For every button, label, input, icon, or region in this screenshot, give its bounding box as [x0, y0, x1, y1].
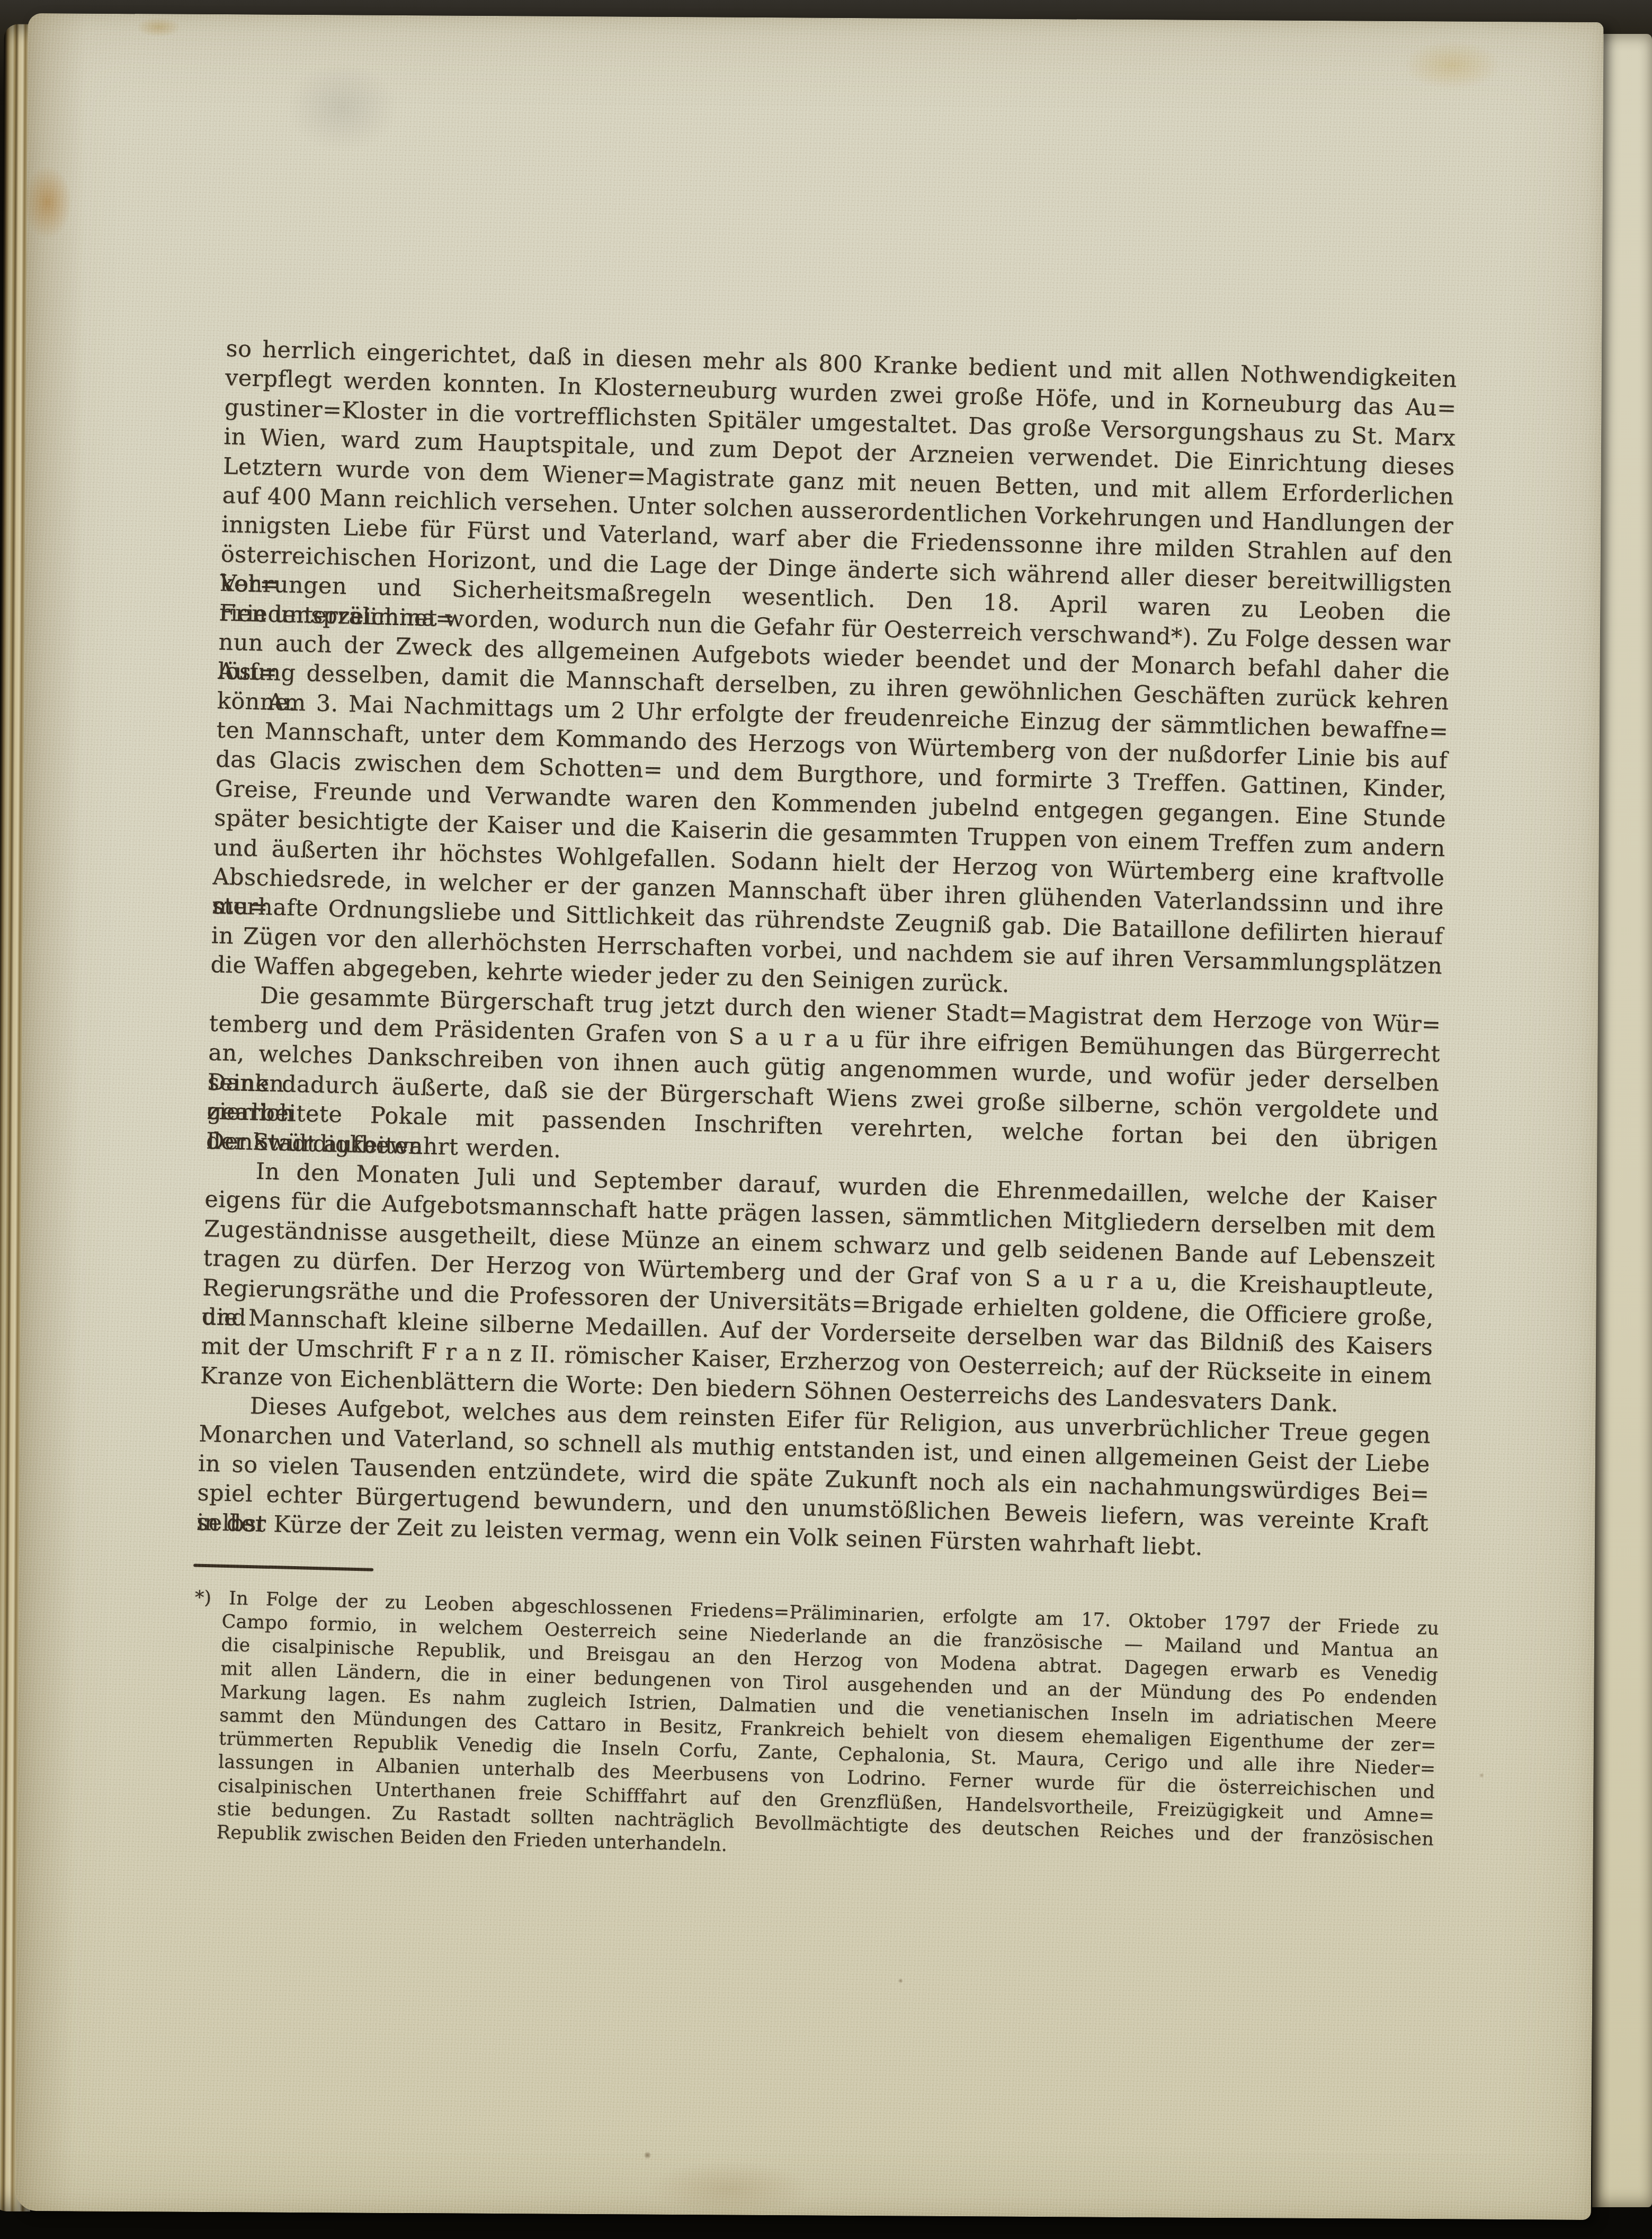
- footnote-rule: [193, 1563, 373, 1571]
- scan-background: { "document": { "kind": "scanned-book-pa…: [0, 0, 1652, 2239]
- paragraph-4: In den Monaten Juli und September darauf…: [200, 1156, 1436, 1421]
- footnote: *) In Folge der zu Leoben abgeschlossene…: [189, 1586, 1439, 1874]
- paragraph-3: Die gesammte Bürgerschaft trug jetzt dur…: [206, 980, 1442, 1186]
- book-page: so herrlich eingerichtet, daß in diesen …: [15, 13, 1604, 2220]
- paragraph-5: Dieses Aufgebot, welches aus dem reinste…: [197, 1391, 1431, 1568]
- paragraph-2: Am 3. Mai Nachmittags um 2 Uhr erfolgte …: [210, 687, 1449, 1011]
- page-text: so herrlich eingerichtet, daß in diesen …: [189, 334, 1457, 1874]
- paragraph-1: so herrlich eingerichtet, daß in diesen …: [218, 334, 1458, 717]
